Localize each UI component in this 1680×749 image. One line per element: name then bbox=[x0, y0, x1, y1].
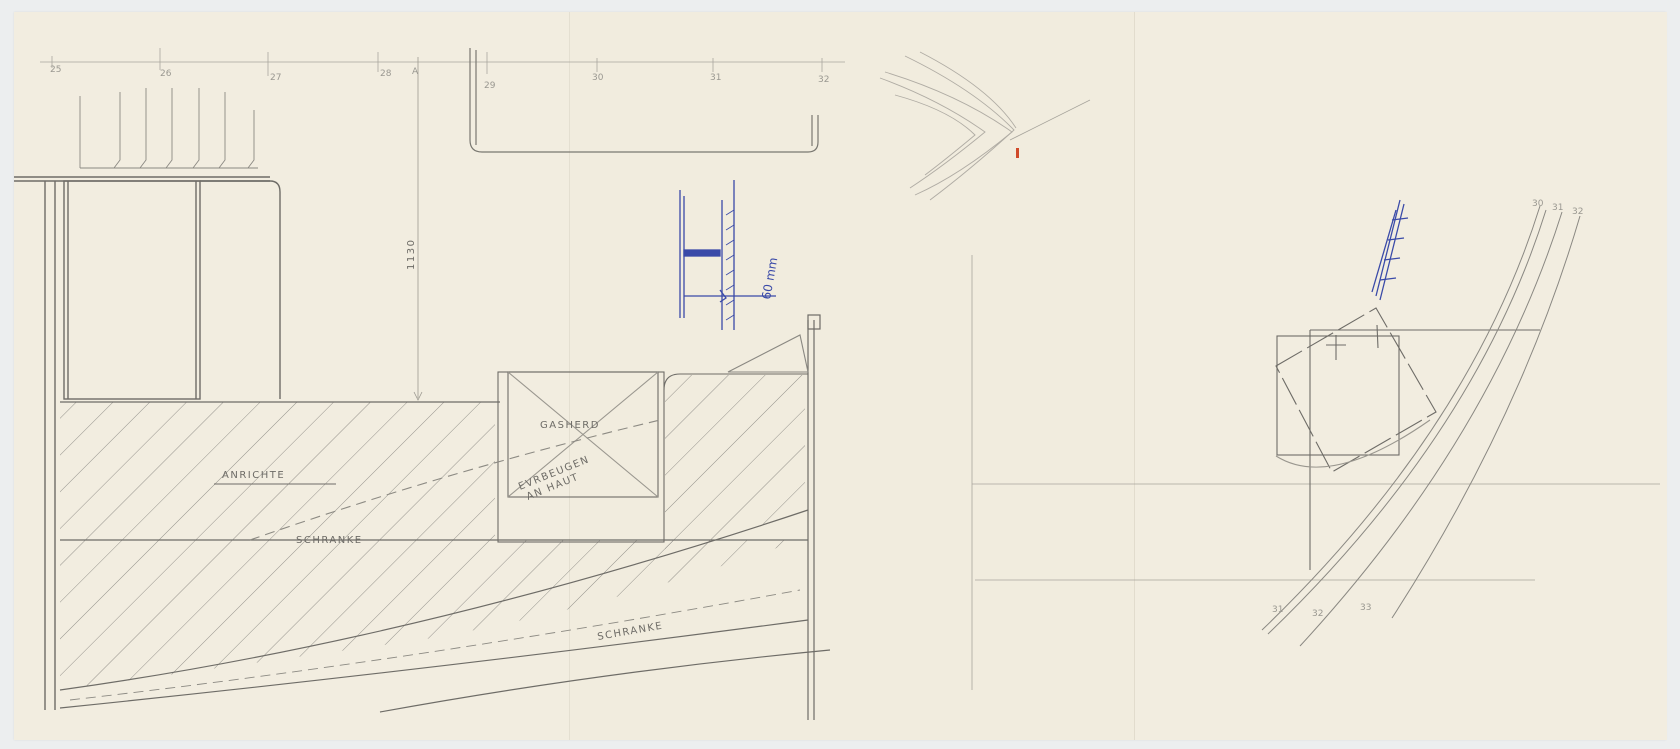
frame-tick-label: 25 bbox=[50, 65, 61, 75]
blue-detail bbox=[680, 180, 776, 330]
frame-tick-label: 29 bbox=[484, 81, 496, 91]
upper-shelf-outline bbox=[470, 48, 818, 152]
height-dimension bbox=[414, 57, 422, 400]
middle-construction-lines bbox=[972, 100, 1660, 690]
frame-tick-label: 31 bbox=[710, 73, 721, 83]
svg-text:33: 33 bbox=[1360, 603, 1371, 613]
frame-tick-label: 32 bbox=[818, 75, 829, 85]
blue-scribble bbox=[1372, 200, 1408, 300]
svg-text:31: 31 bbox=[1272, 605, 1283, 615]
frame-ruler-labels: 25 26 27 28 A 29 30 31 32 bbox=[50, 65, 829, 91]
svg-text:30: 30 bbox=[1532, 199, 1544, 209]
bow-lines bbox=[880, 52, 1016, 200]
cabinet-upper-label: SCHRANKE bbox=[296, 535, 363, 546]
pantry-counter bbox=[40, 315, 840, 720]
frame-tick-label: 26 bbox=[160, 69, 172, 79]
frame-ribs bbox=[80, 88, 258, 168]
svg-text:31: 31 bbox=[1552, 203, 1563, 213]
svg-text:32: 32 bbox=[1312, 609, 1323, 619]
frame-tick-label: 28 bbox=[380, 69, 392, 79]
rotated-squares bbox=[1276, 308, 1540, 570]
pantry-label: ANRICHTE bbox=[222, 470, 285, 481]
height-dimension-label: 1130 bbox=[406, 239, 417, 270]
blue-detail-dimension: 60 mm bbox=[759, 256, 780, 300]
red-mark bbox=[1016, 148, 1019, 158]
hull-curve-marks: 30 31 32 31 32 33 bbox=[1272, 199, 1583, 619]
frame-tick-label: 27 bbox=[270, 73, 281, 83]
frame-tick-label: 30 bbox=[592, 73, 604, 83]
technical-drawing: 25 26 27 28 A 29 30 31 32 bbox=[0, 0, 1680, 749]
svg-text:32: 32 bbox=[1572, 207, 1583, 217]
stove-label: GASHERD bbox=[540, 420, 600, 431]
